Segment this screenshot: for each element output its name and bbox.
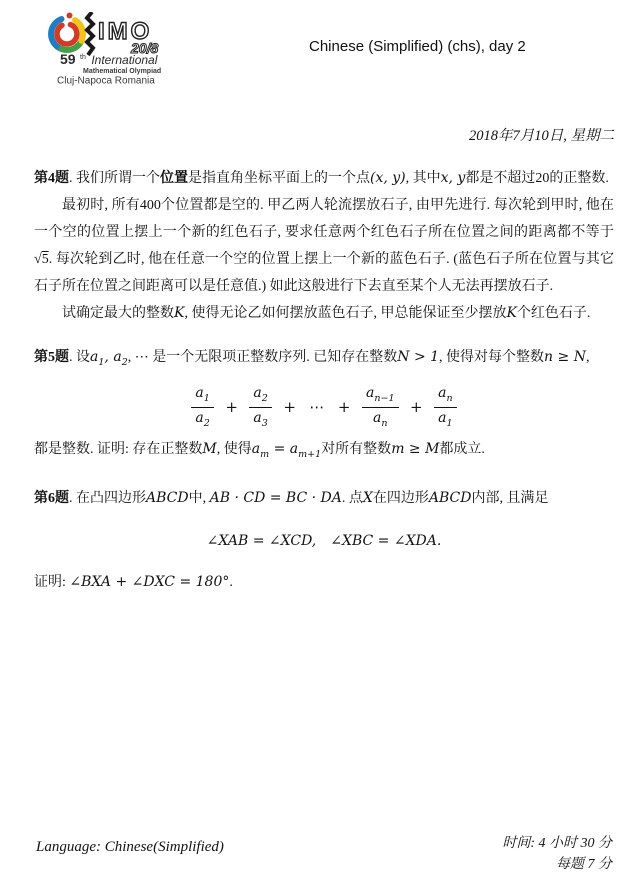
problem5-outro: 都是整数. 证明: 存在正整数M, 使得am = am+1对所有整数m ≥ M都…	[34, 436, 614, 468]
footer-exam-info: 时间: 4 小时 30 分 每题 7 分	[502, 833, 612, 875]
problem-6: 第6题. 在凸四边形ABCD中, AB · CD = BC · DA. 点X在四…	[34, 485, 614, 596]
document-title: Chinese (Simplified) (chs), day 2	[309, 38, 526, 55]
imo-2018-logo: IMO 20/8 59 th International Mathematica…	[45, 12, 177, 90]
swirl-red-spiral	[57, 25, 77, 44]
plus-operator: +	[338, 398, 351, 416]
fraction-4: ana1	[434, 385, 457, 429]
fraction-2: a2a3	[249, 385, 271, 429]
plus-operator: +	[410, 398, 423, 416]
problem-5: 第5题. 设a1, a2, ⋯ 是一个无限项正整数序列. 已知存在整数N > 1…	[34, 344, 614, 468]
swirl-red-dot	[67, 13, 73, 19]
problem4-intro: 第4题. 我们所谓一个位置是指直角坐标平面上的一个点(x, y), 其中x, y…	[34, 165, 614, 192]
date-line: 2018年7月10日, 星期二	[34, 126, 614, 146]
plus-operator: +	[225, 398, 238, 416]
logo-subtitle: Mathematical Olympiad	[83, 68, 161, 75]
problem6-outro: 证明: ∠BXA + ∠DXC = 180°.	[34, 569, 614, 596]
problem6-intro: 第6题. 在凸四边形ABCD中, AB · CD = BC · DA. 点X在四…	[34, 485, 614, 512]
fraction-3: an−1an	[362, 385, 399, 429]
problem5-intro: 第5题. 设a1, a2, ⋯ 是一个无限项正整数序列. 已知存在整数N > 1…	[34, 344, 614, 376]
problem4-body: 最初时, 所有400个位置都是空的. 甲乙两人轮流摆放石子, 由甲先进行. 每次…	[34, 192, 614, 300]
problem6-angle-equation: ∠XAB = ∠XCD, ∠XBC = ∠XDA.	[34, 528, 614, 555]
logo-swirl	[51, 13, 83, 50]
problem-4: 第4题. 我们所谓一个位置是指直角坐标平面上的一个点(x, y), 其中x, y…	[34, 165, 614, 327]
footer-language: Language: Chinese(Simplified)	[36, 839, 224, 856]
document-body: 2018年7月10日, 星期二 第4题. 我们所谓一个位置是指直角坐标平面上的一…	[34, 126, 614, 596]
footer-points-per-problem: 每题 7 分	[502, 854, 612, 875]
plus-operator: +	[283, 398, 296, 416]
footer-time: 时间: 4 小时 30 分	[502, 833, 612, 854]
fraction-1: a1a2	[191, 385, 213, 429]
problem5-fraction-equation: a1a2 + a2a3 + ⋯ + an−1an + ana1	[34, 385, 614, 429]
problem4-question: 试确定最大的整数K, 使得无论乙如何摆放蓝色石子, 甲总能保证至少摆放K个红色石…	[34, 300, 614, 327]
page: IMO 20/8 59 th International Mathematica…	[0, 0, 644, 889]
logo-location: Cluj-Napoca Romania	[57, 76, 155, 87]
cdots: ⋯	[309, 398, 324, 416]
